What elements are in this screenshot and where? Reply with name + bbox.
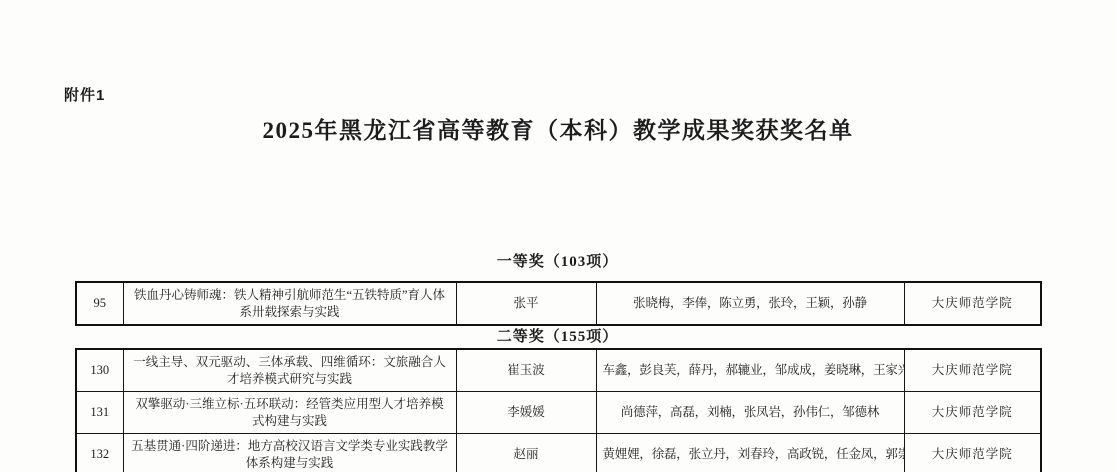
award-table-second-prize: 130 一线主导、双元驱动、三体承载、四维循环：文旅融合人才培养模式研究与实践 …: [75, 348, 1042, 472]
table-row: 131 双擎驱动·三维立标·五环联动：经管类应用型人才培养模式构建与实践 李媛媛…: [76, 392, 1041, 434]
cell-serial-number: 130: [76, 349, 123, 392]
cell-leader-name: 崔玉波: [456, 349, 596, 392]
award-table-first-prize: 95 铁血丹心铸师魂：铁人精神引航师范生“五铁特质”育人体系卅载探索与实践 张平…: [75, 281, 1042, 326]
cell-member-names: 张晓梅，李俸，陈立勇，张玲，王颖，孙静: [596, 282, 904, 325]
cell-achievement-title: 双擎驱动·三维立标·五环联动：经管类应用型人才培养模式构建与实践: [123, 392, 456, 434]
cell-achievement-title: 五基贯通·四阶递进：地方高校汉语言文学类专业实践教学体系构建与实践: [123, 434, 456, 472]
cell-institution: 大庆师范学院: [904, 349, 1041, 392]
table-row: 132 五基贯通·四阶递进：地方高校汉语言文学类专业实践教学体系构建与实践 赵丽…: [76, 434, 1041, 472]
cell-institution: 大庆师范学院: [904, 434, 1041, 472]
section-heading-first-prize: 一等奖（103项）: [75, 250, 1040, 271]
cell-leader-name: 赵丽: [456, 434, 596, 472]
cell-member-names: 黄娌娌，徐磊，张立丹，刘春玲，高政锐，任金凤，郭崇林: [596, 434, 904, 472]
cell-achievement-title: 铁血丹心铸师魂：铁人精神引航师范生“五铁特质”育人体系卅载探索与实践: [123, 282, 456, 325]
cell-institution: 大庆师范学院: [904, 282, 1041, 325]
cell-leader-name: 张平: [456, 282, 596, 325]
cell-leader-name: 李媛媛: [456, 392, 596, 434]
cell-institution: 大庆师范学院: [904, 392, 1041, 434]
cell-serial-number: 131: [76, 392, 123, 434]
section-heading-second-prize: 二等奖（155项）: [75, 325, 1040, 346]
cell-serial-number: 95: [76, 282, 123, 325]
cell-member-names: 尚德萍，高磊，刘楠，张凤岩，孙伟仁，邹德林: [596, 392, 904, 434]
cell-serial-number: 132: [76, 434, 123, 472]
attachment-label: 附件1: [64, 84, 105, 105]
cell-member-names: 车鑫，彭良芙，薛丹，郝辘业，邹成成，姜晓琳，王家兴: [596, 349, 904, 392]
document-page: 附件1 2025年黑龙江省高等教育（本科）教学成果奖获奖名单 一等奖（103项）…: [0, 0, 1116, 472]
table-row: 95 铁血丹心铸师魂：铁人精神引航师范生“五铁特质”育人体系卅载探索与实践 张平…: [76, 282, 1041, 325]
document-title: 2025年黑龙江省高等教育（本科）教学成果奖获奖名单: [0, 112, 1116, 145]
table-row: 130 一线主导、双元驱动、三体承载、四维循环：文旅融合人才培养模式研究与实践 …: [76, 349, 1041, 392]
cell-achievement-title: 一线主导、双元驱动、三体承载、四维循环：文旅融合人才培养模式研究与实践: [123, 349, 456, 392]
